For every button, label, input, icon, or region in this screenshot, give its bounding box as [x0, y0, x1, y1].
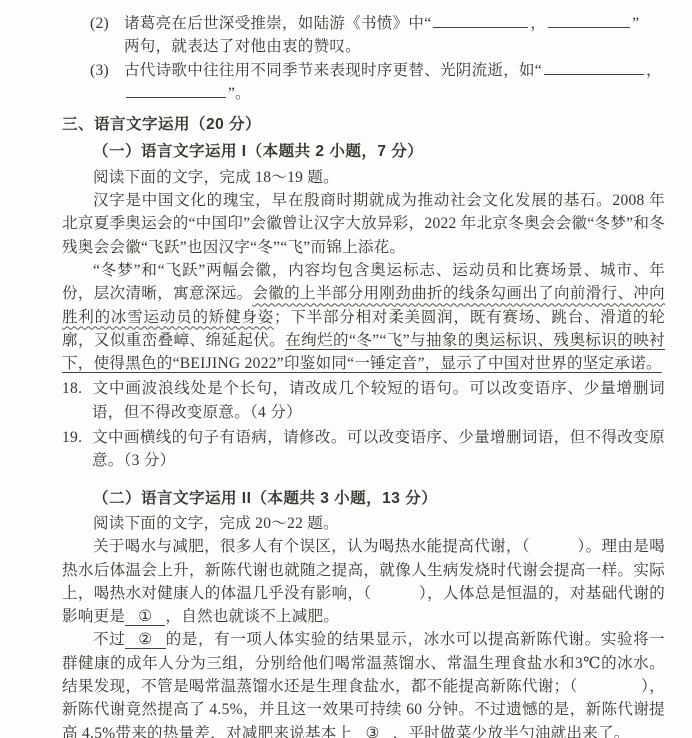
- passage-1-paragraph-1: 汉字是中国文化的瑰宝，早在殷商时期就成为推动社会文化发展的基石。2008 年北京…: [62, 189, 665, 259]
- circled-blank-1: ①: [125, 608, 165, 626]
- passage-2-paragraph-1: 关于喝水与减肥，很多人有个误区，认为喝热水能提高代谢，（ ）。理由是喝热水后体温…: [62, 535, 665, 628]
- item-3-text: 古代诗歌中往往用不同季节来表现时序更替、光阴流逝，如“: [124, 62, 542, 79]
- section-3-title: 三、语言文字运用（20 分）: [62, 113, 665, 136]
- item-2-line2: 两句，就表达了对他由衷的赞叹。: [124, 38, 361, 55]
- question-18-number: 18.: [62, 377, 92, 400]
- circled-blank-3: ③: [352, 725, 392, 738]
- part-1-title: （一）语言文字运用 I（本题共 2 小题，7 分）: [62, 140, 665, 163]
- completion-item-3: (3)古代诗歌中往往用不同季节来表现时序更替、光阴流逝，如“， ”。: [90, 59, 665, 106]
- circled-blank-2: ②: [125, 631, 166, 649]
- passage-2-paragraph-2: 不过②的是，有一项人体实验的结果显示，冰水可以提高新陈代谢。实验将一群健康的成年…: [62, 628, 665, 738]
- answer-blank: [433, 14, 528, 28]
- item-3-label: (3): [90, 59, 124, 82]
- question-18: 18.文中画波浪线处是个长句，请改成几个较短的语句。可以改变语序、少量增删词语，…: [62, 377, 665, 424]
- question-19-number: 19.: [62, 426, 92, 449]
- part-2-title: （二）语言文字运用 II（本题共 3 小题，13 分）: [62, 487, 665, 510]
- question-19: 19.文中画横线的句子有语病，请修改。可以改变语序、少量增删词语，但不得改变原意…: [62, 426, 665, 473]
- part-2-reading-intro: 阅读下面的文字，完成 20～22 题。: [62, 512, 665, 535]
- exam-page: (2)诸葛亮在后世深受推崇，如陆游《书愤》中“，” 两句，就表达了对他由衷的赞叹…: [0, 0, 692, 738]
- question-18-text: 文中画波浪线处是个长句，请改成几个较短的语句。可以改变语序、少量增删词语，但不得…: [92, 380, 665, 420]
- answer-blank: [126, 84, 226, 98]
- question-19-text: 文中画横线的句子有语病，请修改。可以改变语序、少量增删词语，但不得改变原意。（3…: [92, 429, 665, 469]
- answer-blank: [544, 60, 644, 74]
- passage-1-paragraph-2: “冬梦”和“飞跃”两幅会徽，内容均包含奥运标志、运动员和比赛场景、城市、年份，层…: [62, 259, 665, 375]
- completion-item-2: (2)诸葛亮在后世深受推崇，如陆游《书愤》中“，” 两句，就表达了对他由衷的赞叹…: [90, 12, 665, 59]
- item-2-text: 诸葛亮在后世深受推崇，如陆游《书愤》中“: [124, 15, 431, 32]
- item-2-label: (2): [90, 12, 124, 35]
- part-1-reading-intro: 阅读下面的文字，完成 18～19 题。: [62, 166, 665, 189]
- answer-blank: [548, 14, 630, 28]
- item-3-close: ”。: [228, 85, 251, 102]
